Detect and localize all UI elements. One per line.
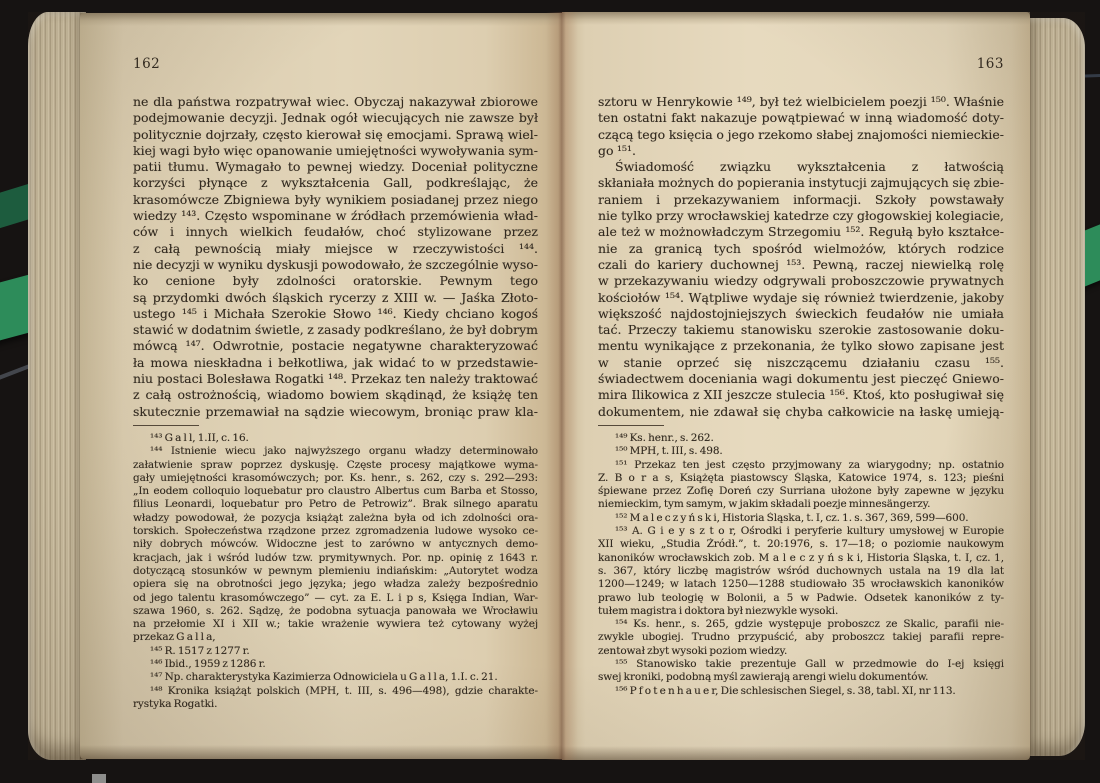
footnote-line: ¹⁵⁶ P f o t e n h a u e r, Die schlesisc… xyxy=(598,685,1004,698)
body-text-line: czącą tego księcia o jego rzekomo słabej… xyxy=(598,127,1004,143)
footnote-line: przekaz G a l l a, xyxy=(133,631,538,644)
body-text-line: kościołów ¹⁵⁴. Wątpliwe wydaje się równi… xyxy=(598,290,1004,306)
footnote-line: swej kroniki, podobną myśl zawierają are… xyxy=(598,671,1004,684)
photo-background: 162 ne dla państwa rozpatrywał wiec. Oby… xyxy=(0,0,1100,783)
body-text-line: nie decyzji w wyniku dyskusji powodowało… xyxy=(133,257,538,273)
body-text-line: nie tylko przy wrocławskiej katedrze czy… xyxy=(598,208,1004,224)
footnote-line: śpiewane przez Zofię Doreń czy Surriana … xyxy=(598,485,1004,498)
body-text-line: są przydomki dwóch śląskich rycerzy z XI… xyxy=(133,290,538,306)
body-text-line: w przekazywaniu wiedzy odgrywali probosz… xyxy=(598,273,1004,289)
left-page-body: ne dla państwa rozpatrywał wiec. Obyczaj… xyxy=(133,94,538,420)
footnote-line: ¹⁴⁶ Ibid., 1959 z 1286 r. xyxy=(133,658,538,671)
body-text-line: podejmowanie decyzji. Jednak ogół wiecuj… xyxy=(133,110,538,126)
body-text-line: patii tłumu. Wymagało to pewnej wiedzy. … xyxy=(133,159,538,175)
footnote-line: niły dobrych mówców. Widoczne jest to za… xyxy=(133,538,538,551)
footnote-line: na przełomie XI i XII w.; takie wrażenie… xyxy=(133,618,538,631)
body-text-line: sztoru w Henrykowie ¹⁴⁹, był też wielbic… xyxy=(598,94,1004,110)
body-text-line: stawić w dodatnim świetle, z zasady podk… xyxy=(133,322,538,338)
body-text-line: ale też w możnowładczym Strzegomiu ¹⁵². … xyxy=(598,224,1004,240)
body-text-line: większość najdostojniejszych świeckich f… xyxy=(598,306,1004,322)
footnote-line: gały umiejętności krasomówczych; por. Ks… xyxy=(133,472,538,485)
body-text-line: czali do kariery duchownej ¹⁵³. Pewną, r… xyxy=(598,257,1004,273)
body-text-line: z całą pewnością miały miejsce w rzeczyw… xyxy=(133,241,538,257)
body-text-line: ustego ¹⁴⁵ i Michała Szerokie Słowo ¹⁴⁶.… xyxy=(133,306,538,322)
body-text-line: świadectwem doceniania wagi dokumentu je… xyxy=(598,371,1004,387)
gray-tab xyxy=(92,774,106,783)
footnote-line: ¹⁴³ G a l l, 1.II, c. 16. xyxy=(133,432,538,445)
footnote-line: filius Leonardi, loquebatur pro Petro de… xyxy=(133,498,538,511)
footnote-line: ¹⁵⁵ Stanowisko takie prezentuje Gall w p… xyxy=(598,658,1004,671)
body-text-line: go ¹⁵¹. xyxy=(598,143,1004,159)
body-text-line: skutecznie przemawiał na sądzie wiecowym… xyxy=(133,404,538,420)
footnote-line: dotyczącą stosunków w pewnym plemieniu i… xyxy=(133,565,538,578)
footnote-line: szawa 1960, s. 262. Sądzę, że podobna sy… xyxy=(133,605,538,618)
body-text-line: dokumentem, nie zdawał się chyba całkowi… xyxy=(598,404,1004,420)
footnote-line: ¹⁴⁹ Ks. henr., s. 262. xyxy=(598,432,1004,445)
footnote-line: XII wieku, „Studia Źródł.”, t. 20:1976, … xyxy=(598,538,1004,551)
body-text-line: ten ostatni fakt nakazuje powątpiewać w … xyxy=(598,110,1004,126)
footnote-line: s. 367, który liczbę magistrów wśród duc… xyxy=(598,565,1004,578)
right-page-number: 163 xyxy=(598,56,1004,72)
footnote-line: ¹⁴⁵ R. 1517 z 1277 r. xyxy=(133,645,538,658)
footnote-line: ¹⁴⁷ Np. charakterystyka Kazimierza Odnow… xyxy=(133,671,538,684)
footnote-line: „In eodem colloquio loquebatur pro claus… xyxy=(133,485,538,498)
left-footnote-separator xyxy=(133,425,199,426)
footnote-line: od jego talentu krasomówczego” — cyt. za… xyxy=(133,592,538,605)
body-text-line: ne dla państwa rozpatrywał wiec. Obyczaj… xyxy=(133,94,538,110)
body-text-line: skłaniała możnych do popierania instytuc… xyxy=(598,175,1004,191)
body-text-line: ko cenione były zdolności oratorskie. Pe… xyxy=(133,273,538,289)
footnote-line: kanoników wrocławskich zob. M a l e c z … xyxy=(598,552,1004,565)
footnote-line: ¹⁵⁰ MPH, t. III, s. 498. xyxy=(598,445,1004,458)
footnote-line: ¹⁴⁸ Kronika książąt polskich (MPH, t. II… xyxy=(133,685,538,698)
left-page-number: 162 xyxy=(133,56,538,72)
footnote-line: ¹⁵⁴ Ks. henr., s. 265, gdzie występuje p… xyxy=(598,618,1004,631)
right-page-edge-stack xyxy=(1028,18,1085,756)
body-text-line: politycznie dojrzały, często kierował si… xyxy=(133,127,538,143)
body-text-line: tać. Przeczy takiemu stanowisku szerokie… xyxy=(598,322,1004,338)
footnote-line: ¹⁵² M a l e c z y ń s k i, Historia Śląs… xyxy=(598,512,1004,525)
footnote-line: ¹⁵³ A. G i e y s z t o r, Ośrodki i pery… xyxy=(598,525,1004,538)
body-text-line: mówcą ¹⁴⁷. Odwrotnie, postacie negatywne… xyxy=(133,338,538,354)
body-text-line: niu postaci Bolesława Rogatki ¹⁴⁸. Przek… xyxy=(133,371,538,387)
footnote-line: prawo lub teologię w Bolonii, a 5 w Padw… xyxy=(598,592,1004,605)
footnote-line: opiera się na obrotności jego języka; je… xyxy=(133,578,538,591)
body-text-line: z całą ostrożnością, wiadomo bowiem skąd… xyxy=(133,387,538,403)
open-book: 162 ne dla państwa rozpatrywał wiec. Oby… xyxy=(0,0,1100,783)
footnote-line: rystyka Rogatki. xyxy=(133,698,538,711)
body-text-line: wiedzy ¹⁴³. Często wspominane w źródłach… xyxy=(133,208,538,224)
footnote-line: władzy powodował, że pozycja książąt zal… xyxy=(133,512,538,525)
footnote-line: kracjach, jak i wśród ludów tzw. prymity… xyxy=(133,552,538,565)
footnote-line: zwykle ubogiej. Trudno przypuścić, aby p… xyxy=(598,631,1004,644)
footnote-line: niemieckim, tym samym, w jakim składali … xyxy=(598,498,1004,511)
footnote-line: tułem magistra i doktora był niezwykle w… xyxy=(598,605,1004,618)
footnote-line: załatwienie spraw poprzez dyskusję. Częs… xyxy=(133,459,538,472)
footnote-line: ¹⁴⁴ Istnienie wiecu jako najwyższego org… xyxy=(133,445,538,458)
body-text-line: nie za granicą tych spośród wielmożów, k… xyxy=(598,241,1004,257)
book-gutter-shadow xyxy=(546,12,578,760)
body-text-line: ła mowa nieskładna i bełkotliwa, jak wid… xyxy=(133,355,538,371)
body-text-line: korzyści płynące z wykształcenia Gall, p… xyxy=(133,175,538,191)
right-page-content: 163 sztoru w Henrykowie ¹⁴⁹, był też wie… xyxy=(598,56,1004,698)
left-page-footnotes: ¹⁴³ G a l l, 1.II, c. 16.¹⁴⁴ Istnienie w… xyxy=(133,432,538,711)
body-text-line: krasomówcze Zbigniewa były wynikiem posi… xyxy=(133,192,538,208)
body-text-line: w stanie oprzeć się niszczącemu działani… xyxy=(598,355,1004,371)
body-text-line: Świadomość związku wykształcenia z łatwo… xyxy=(598,159,1004,175)
footnote-line: 1200—1249; w latach 1250—1288 studiowało… xyxy=(598,578,1004,591)
body-text-line: mentu wynikające z przekonania, że tylko… xyxy=(598,338,1004,354)
right-page-body: sztoru w Henrykowie ¹⁴⁹, był też wielbic… xyxy=(598,94,1004,420)
footnote-line: zentował zbyt wysoki poziom wiedzy. xyxy=(598,645,1004,658)
body-text-line: ców i innych wielkich feudałów, choć sty… xyxy=(133,224,538,240)
body-text-line: raniem i przekazywaniem informacji. Szko… xyxy=(598,192,1004,208)
body-text-line: kiej wagi było więc opanowanie umiejętno… xyxy=(133,143,538,159)
body-text-line: mira Ilikowica z XII jeszcze stulecia ¹⁵… xyxy=(598,387,1004,403)
right-footnote-separator xyxy=(598,425,664,426)
footnote-line: Z. B o r a s, Książęta piastowscy Śląska… xyxy=(598,472,1004,485)
left-page-edge-stack xyxy=(28,12,86,760)
footnote-line: torskich. Społeczeństwa rządzone przez z… xyxy=(133,525,538,538)
left-page-content: 162 ne dla państwa rozpatrywał wiec. Oby… xyxy=(133,56,538,711)
footnote-line: ¹⁵¹ Przekaz ten jest często przyjmowany … xyxy=(598,459,1004,472)
right-page-footnotes: ¹⁴⁹ Ks. henr., s. 262.¹⁵⁰ MPH, t. III, s… xyxy=(598,432,1004,698)
